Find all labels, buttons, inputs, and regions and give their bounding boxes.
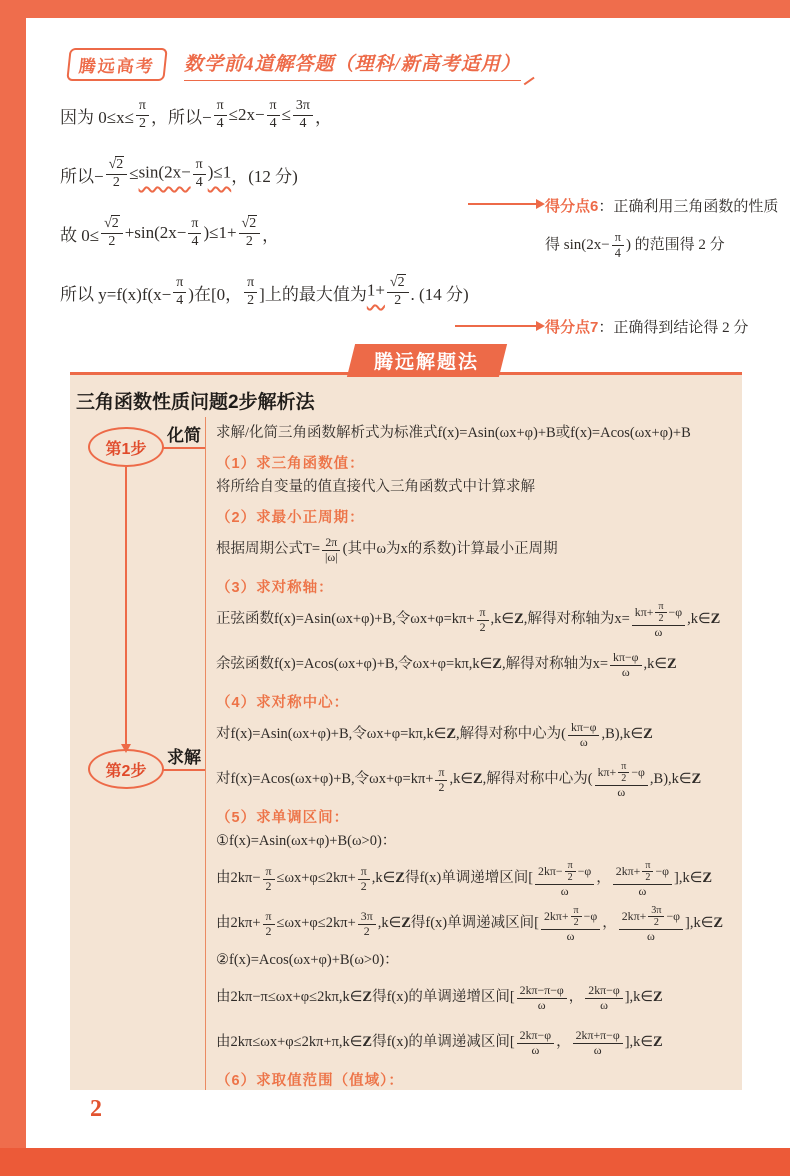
leader-arrow-icon: [455, 325, 536, 327]
note-label: 得分点6: [545, 198, 598, 215]
section-line: 由2kπ≤ωx+φ≤2kπ+π,k∈Z得f(x)的单调递减区间[2kπ−φω，2…: [216, 1021, 731, 1065]
step-1-text: 求解/化简三角函数解析式为标准式f(x)=Asin(ωx+φ)+B或f(x)=A…: [216, 420, 731, 448]
section-line: 正弦函数f(x)=Asin(ωx+φ)+B,令ωx+φ=kπ+π2,k∈Z,解得…: [216, 598, 731, 642]
section-heading: （5）求单调区间：: [216, 806, 731, 827]
step-1-tag: 化简: [167, 421, 201, 446]
section-line: ①f(x)=Asin(ωx+φ)+B(ω>0)：: [216, 828, 731, 856]
book-edge-left: [0, 0, 26, 1176]
step-2-tag: 求解: [167, 743, 201, 768]
margin-note-7: 得分点7：正确得到结论得 2 分: [545, 316, 787, 340]
solution-line: 所以 y=f(x)f(x−π4)在[0，π2]上的最大值为1+√22. (14 …: [60, 269, 510, 315]
section-heading: （4）求对称中心：: [216, 691, 731, 712]
step-2-ellipse: 第2步: [88, 749, 164, 789]
page-number: 2: [90, 1096, 102, 1123]
solution-line: 故 0≤√22+sin(2x−π4)≤1+√22，: [60, 210, 510, 256]
section-heading: （1）求三角函数值：: [216, 452, 731, 473]
book-edge-top: [0, 0, 790, 18]
header-title: 数学前4道解答题（理科/新高考适用）: [184, 49, 521, 81]
section-line: 对f(x)=Asin(ωx+φ)+B,令ωx+φ=kπ,k∈Z,解得对称中心为(…: [216, 713, 731, 757]
margin-note-6: 得分点6：正确利用三角函数的性质得 sin(2x−π4) 的范围得 2 分: [545, 188, 787, 264]
step-2-connector: [162, 769, 205, 771]
note-text: ：正确得到结论得 2 分: [598, 320, 748, 336]
banner-label: 腾远解题法: [374, 347, 479, 374]
book-edge-bottom: [0, 1148, 790, 1176]
section-line: 对f(x)=Acos(ωx+φ)+B,令ωx+φ=kπ+π2,k∈Z,解得对称中…: [216, 758, 731, 802]
method-banner: 腾远解题法: [347, 344, 507, 377]
solution-line: 所以−√22≤sin(2x−π4)≤1，(12 分): [60, 151, 510, 197]
page-header: 腾远高考 数学前4道解答题（理科/新高考适用）: [68, 48, 521, 81]
method-box: 三角函数性质问题2步解析法 第1步 化简 第2步 求解 求解/化简三角函数解析式…: [70, 372, 742, 1090]
section-line: 将所给自变量的值直接代入三角函数式中计算求解: [216, 474, 731, 502]
section-line: 根据周期公式T=2π|ω|(其中ω为x的系数)计算最小正周期: [216, 528, 731, 572]
section-line: 由2kπ+π2≤ωx+φ≤2kπ+3π2,k∈Z 得f(x)单调递减区间[2kπ…: [216, 902, 731, 946]
section-heading: （6）求取值范围（值域）：: [216, 1069, 731, 1090]
solution-block: 因为 0≤x≤π2，所以−π4≤2x−π4≤3π4， 所以−√22≤sin(2x…: [60, 92, 510, 328]
note-label: 得分点7: [545, 319, 598, 336]
step-1-ellipse: 第1步: [88, 427, 164, 467]
method-title: 三角函数性质问题2步解析法: [76, 387, 315, 414]
section-line: 由2kπ−π≤ωx+φ≤2kπ,k∈Z得f(x)的单调递增区间[2kπ−π−φω…: [216, 976, 731, 1020]
section-line: 余弦函数f(x)=Acos(ωx+φ)+B,令ωx+φ=kπ,k∈Z,解得对称轴…: [216, 643, 731, 687]
brand-logo: 腾远高考: [66, 48, 167, 81]
section-line: ②f(x)=Acos(ωx+φ)+B(ω>0)：: [216, 947, 731, 975]
section-heading: （2）求最小正周期：: [216, 506, 731, 527]
solution-line: 因为 0≤x≤π2，所以−π4≤2x−π4≤3π4，: [60, 92, 510, 138]
step-1-connector: [162, 447, 205, 449]
section-line: 由2kπ−π2≤ωx+φ≤2kπ+π2,k∈Z 得f(x)单调递增区间[2kπ−…: [216, 857, 731, 901]
scanned-book-page: 腾远高考 数学前4道解答题（理科/新高考适用） 因为 0≤x≤π2，所以−π4≤…: [0, 0, 790, 1176]
method-content: 求解/化简三角函数解析式为标准式f(x)=Asin(ωx+φ)+B或f(x)=A…: [205, 417, 733, 1090]
step-arrow-icon: [125, 467, 127, 745]
leader-arrow-icon: [468, 203, 536, 205]
section-heading: （3）求对称轴：: [216, 576, 731, 597]
